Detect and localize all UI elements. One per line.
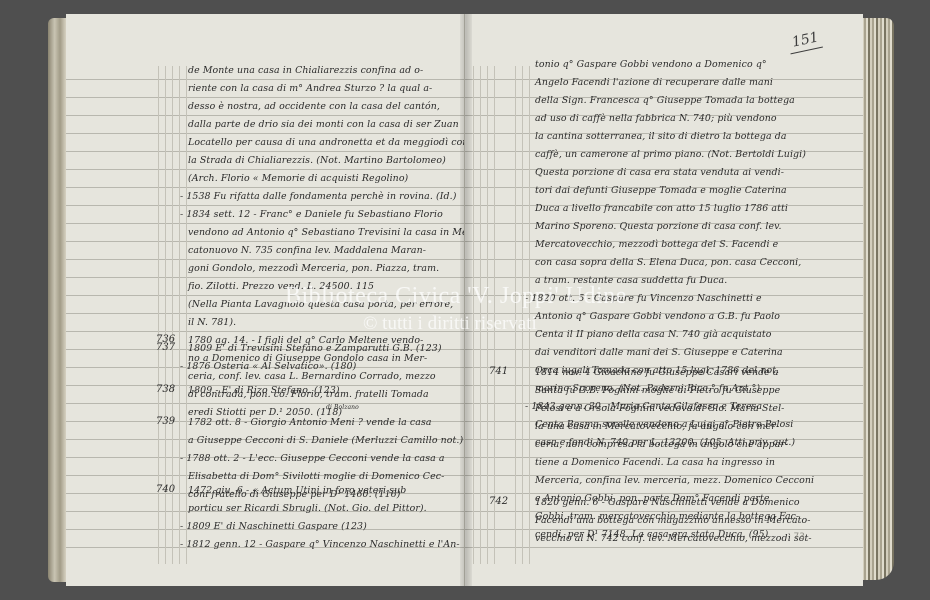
- entry-number: 738: [156, 384, 175, 395]
- text-line: il N. 781).: [188, 314, 236, 332]
- column-rule: [480, 66, 481, 564]
- text-line: fio. Zilotti. Prezzo vend. L. 24500. 115: [188, 278, 374, 296]
- left-page: de Monte una casa in Chialiarezzis confi…: [66, 14, 465, 586]
- text-line: caffè, un camerone al primo piano. (Not.…: [535, 146, 806, 164]
- text-line: - 1834 sett. 12 - Franc° e Daniele fu Se…: [180, 206, 443, 224]
- text-line: ceria, non compresa la bottega in angolo…: [535, 436, 788, 454]
- column-rule: [515, 66, 516, 564]
- text-line: de Monte una casa in Chialiarezzis confi…: [188, 62, 423, 80]
- text-line: 1820 genn. 6 - Gaspare Naschinetti vende…: [535, 494, 800, 512]
- text-line: tiene a Domenico Facendi. La casa ha ing…: [535, 454, 775, 472]
- text-line: Mercatovecchio, mezzodì bottega del S. F…: [535, 236, 778, 254]
- column-rule: [186, 66, 187, 564]
- text-line: Questa porzione di casa era stata vendut…: [535, 164, 784, 182]
- text-line: tonio q° Gaspare Gobbi vendono a Domenic…: [535, 56, 767, 74]
- text-line: Duca a livello francabile con atto 15 lu…: [535, 200, 788, 218]
- text-line: - 1538 Fu rifatta dalle fondamenta perch…: [180, 188, 457, 206]
- text-line: 1472 giu. 6 - « Actum Utini in foro vete…: [188, 482, 406, 500]
- text-line: 1809 E' di Trevisini Stefano e Zamparutt…: [188, 340, 442, 358]
- text-line: (Nella Pianta Lavagnolo questa casa port…: [188, 296, 453, 314]
- text-line: la Strada di Chialiarezzis. (Not. Martin…: [188, 152, 446, 170]
- text-line: (Arch. Florio « Memorie di acquisti Rego…: [188, 170, 408, 188]
- text-line: tori dai defunti Giuseppe Tomada e mogli…: [535, 182, 787, 200]
- entry-number: 737: [156, 342, 175, 353]
- text-line: - 1788 ott. 2 - L'ecc. Giuseppe Cecconi …: [180, 450, 445, 468]
- superscript-note: di Bolzano: [326, 404, 359, 412]
- text-line: Santa fu G.B. Foghini moglie di Pietro f…: [535, 382, 780, 400]
- text-line: ad uso di caffè nella fabbrica N. 740; p…: [535, 110, 777, 128]
- text-line: goni Gondolo, mezzodì Merceria, pon. Pia…: [188, 260, 439, 278]
- text-line: catonuovo N. 735 confina lev. Maddalena …: [188, 242, 426, 260]
- text-line: vendono ad Antonio q° Sebastiano Trevisi…: [188, 224, 465, 242]
- entry-number: 739: [156, 416, 175, 427]
- column-rule: [522, 66, 523, 564]
- column-rule: [494, 66, 495, 564]
- column-rule: [179, 66, 180, 564]
- column-rule: [473, 66, 474, 564]
- text-line: 1782 ott. 8 - Giorgio Antonio Meni ? ven…: [188, 414, 432, 432]
- text-line: Merceria, confina lev. merceria, mezz. D…: [535, 472, 814, 490]
- text-line: - 1812 genn. 12 - Gaspare q° Vincenzo Na…: [180, 536, 460, 554]
- column-rule: [529, 66, 530, 564]
- entry-number: 741: [489, 366, 508, 377]
- text-line: Centa il II piano della casa N. 740 già …: [535, 326, 772, 344]
- text-line: porticu ser Ricardi Sbrugli. (Not. Gio. …: [188, 500, 427, 518]
- text-line: vecchio al N. 742 conf. lev. Mercatovecc…: [535, 530, 812, 548]
- text-line: Facendi una bottega con magazzino anness…: [535, 512, 811, 530]
- text-line: dai venditori dalle mani dei S. Giuseppe…: [535, 344, 783, 362]
- text-line: con casa sopra della S. Elena Duca, pon.…: [535, 254, 801, 272]
- text-line: Angelo Facendi l'azione di recuperare da…: [535, 74, 773, 92]
- text-line: la cantina sotterranea, il sito di dietr…: [535, 128, 787, 146]
- text-line: - 1820 ott. 5 - Gaspare fu Vincenzo Nasc…: [525, 290, 762, 308]
- entry-number: 742: [489, 496, 508, 507]
- text-line: a tram. restante casa suddetta fu Duca.: [535, 272, 727, 290]
- text-line: desso è nostra, ad occidente con la casa…: [188, 98, 440, 116]
- text-line: Locatello per causa di una andronetta et…: [188, 134, 465, 152]
- text-line: riente con la casa di m° Andrea Sturzo ?…: [188, 80, 432, 98]
- page-number: 151: [791, 29, 820, 50]
- text-line: la una casa in Mercatovecchio, fa angolo…: [535, 418, 779, 436]
- text-line: - 1809 E' di Naschinetti Gaspare (123): [180, 518, 367, 536]
- column-rule: [487, 66, 488, 564]
- text-line: dalla parte de drio sia dei monti con la…: [188, 116, 459, 134]
- open-ledger-book: de Monte una casa in Chialiarezzis confi…: [48, 14, 894, 586]
- text-line: della Sign. Francesca q° Giuseppe Tomada…: [535, 92, 795, 110]
- text-line: a Giuseppe Cecconi di S. Daniele (Merluz…: [188, 432, 463, 450]
- text-line: 1814 nov. 4 Gioachino fu Giuseppe Casari…: [535, 364, 779, 382]
- text-line: - 1876 Osteria « Al Selvatico». (180): [180, 358, 356, 376]
- folio-mark: 73: [794, 532, 805, 542]
- text-line: Marino Sporeno. Questa porzione di casa …: [535, 218, 782, 236]
- book-right-edge: [860, 18, 894, 580]
- entry-number: 740: [156, 484, 175, 495]
- text-line: Antonio q° Gaspare Gobbi vendono a G.B. …: [535, 308, 780, 326]
- right-page: 151 tonio q° Gaspare Gobbi vendono a Dom…: [465, 14, 863, 586]
- book-gutter: [460, 14, 472, 586]
- text-line: Pelosi e a Orsola Foghini vedova di Gio.…: [535, 400, 784, 418]
- text-line: 1809 - E' di Rizo Stefano. (123): [188, 382, 340, 400]
